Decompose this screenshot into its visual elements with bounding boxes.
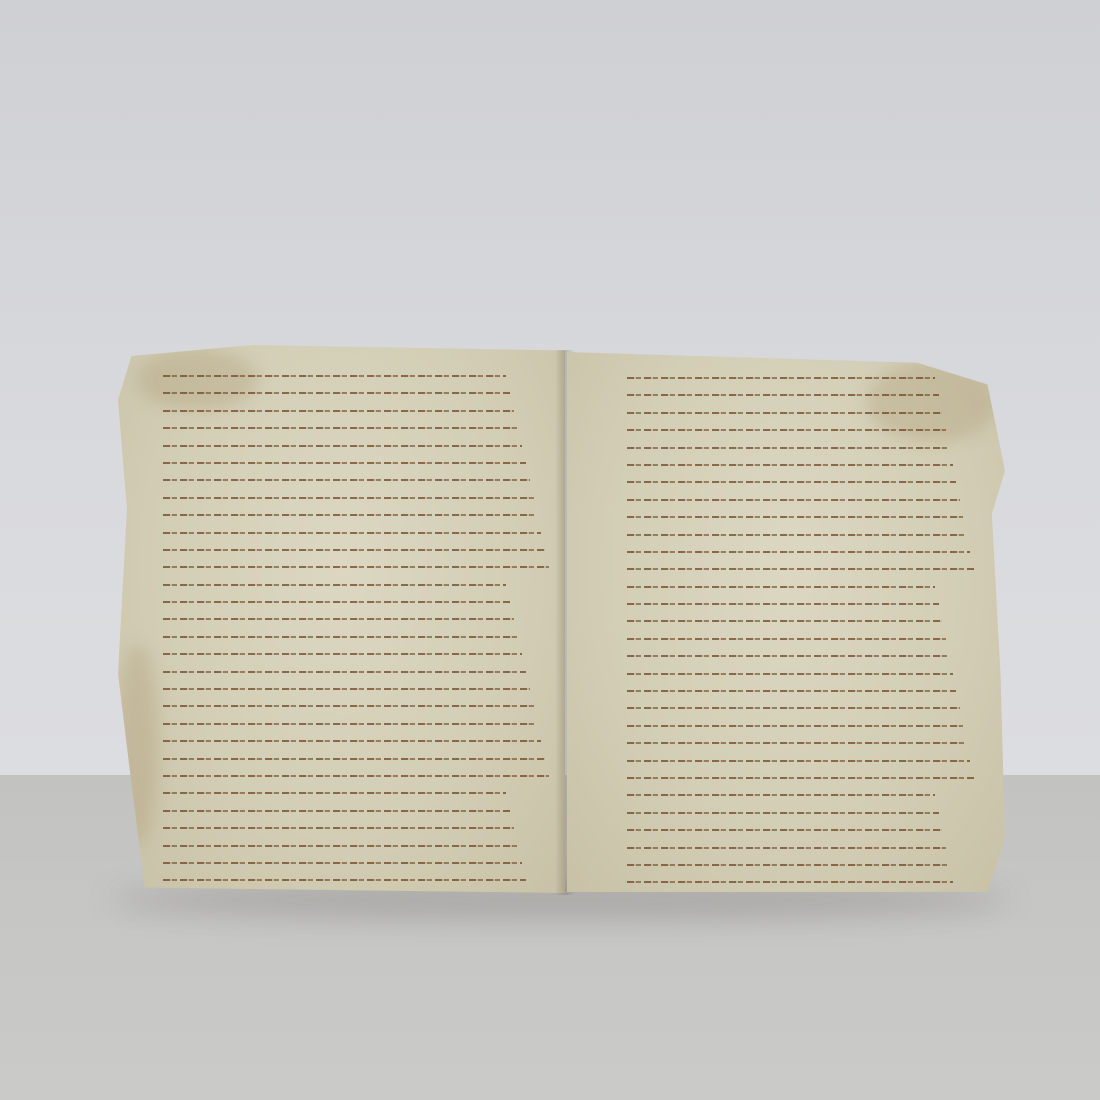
- handwritten-line: [627, 881, 953, 883]
- handwritten-line: [627, 429, 946, 431]
- handwritten-line: [163, 688, 530, 690]
- handwritten-line: [163, 671, 526, 673]
- handwritten-line: [627, 464, 953, 466]
- right-page-text: [627, 377, 977, 892]
- handwritten-line: [163, 549, 545, 551]
- handwritten-line: [163, 584, 506, 586]
- manuscript-left-page: [118, 345, 565, 893]
- handwritten-line: [627, 725, 963, 727]
- handwritten-line: [627, 551, 970, 553]
- handwritten-line: [163, 723, 537, 725]
- handwritten-line: [163, 427, 518, 429]
- handwritten-line: [627, 603, 939, 605]
- handwritten-line: [627, 655, 949, 657]
- handwritten-line: [627, 690, 956, 692]
- handwritten-line: [163, 618, 514, 620]
- handwritten-line: [627, 812, 939, 814]
- handwritten-line: [627, 760, 970, 762]
- handwritten-line: [163, 532, 541, 534]
- handwritten-line: [627, 829, 942, 831]
- handwritten-line: [627, 620, 942, 622]
- handwritten-line: [627, 673, 953, 675]
- handwritten-line: [163, 827, 514, 829]
- handwritten-line: [627, 586, 935, 588]
- handwritten-line: [627, 568, 974, 570]
- handwritten-line: [627, 377, 935, 379]
- handwritten-line: [627, 447, 949, 449]
- handwritten-line: [627, 412, 942, 414]
- handwritten-line: [163, 862, 522, 864]
- handwritten-line: [163, 566, 549, 568]
- handwritten-line: [627, 481, 956, 483]
- handwritten-line: [627, 742, 967, 744]
- handwritten-line: [627, 516, 963, 518]
- handwritten-line: [163, 705, 534, 707]
- handwritten-line: [163, 392, 510, 394]
- handwritten-line: [163, 410, 514, 412]
- handwritten-line: [163, 445, 522, 447]
- handwritten-line: [163, 636, 518, 638]
- handwritten-line: [163, 653, 522, 655]
- handwritten-line: [163, 601, 510, 603]
- manuscript-right-page: [567, 352, 1005, 892]
- handwritten-line: [163, 740, 541, 742]
- handwritten-line: [163, 845, 518, 847]
- handwritten-line: [163, 462, 526, 464]
- handwritten-line: [163, 497, 534, 499]
- handwritten-line: [163, 879, 526, 881]
- handwritten-line: [627, 499, 960, 501]
- scene-caption: Antique handwritten manuscript, open boo…: [0, 0, 1, 1]
- handwritten-line: [627, 394, 939, 396]
- handwritten-line: [163, 775, 549, 777]
- handwritten-line: [627, 794, 935, 796]
- handwritten-line: [163, 375, 506, 377]
- handwritten-line: [163, 810, 510, 812]
- handwritten-line: [163, 758, 545, 760]
- left-page-text: [163, 375, 553, 893]
- handwritten-line: [163, 479, 530, 481]
- handwritten-line: [627, 707, 960, 709]
- handwritten-line: [163, 514, 537, 516]
- handwritten-line: [627, 864, 949, 866]
- handwritten-line: [627, 777, 974, 779]
- handwritten-line: [627, 638, 946, 640]
- handwritten-line: [163, 792, 506, 794]
- handwritten-line: [627, 847, 946, 849]
- handwritten-line: [627, 534, 967, 536]
